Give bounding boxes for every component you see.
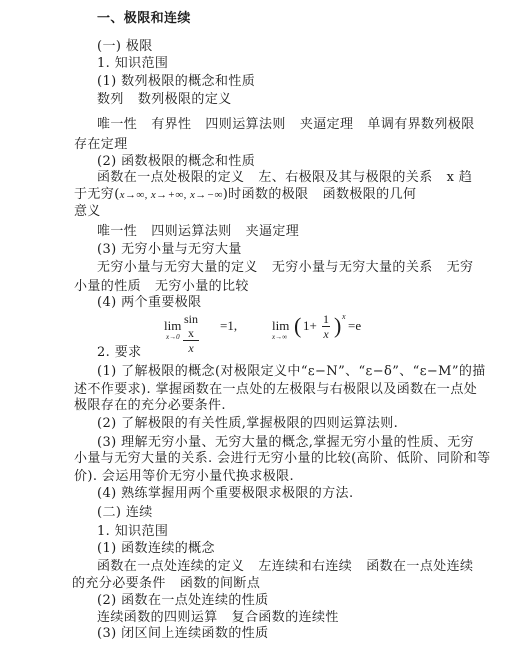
- left-paren: (: [294, 313, 301, 339]
- topic: 小量的性质: [74, 279, 141, 294]
- topic: 复合函数的连续性: [232, 610, 339, 625]
- text: )时函数的极限: [223, 187, 309, 202]
- text: 于无穷(: [74, 187, 120, 202]
- fraction: sin x x: [183, 312, 199, 355]
- topic: 数列极限的定义: [138, 92, 232, 107]
- requirement-4: (4) 熟练掌握用两个重要极限求极限的方法.: [97, 486, 353, 502]
- knowledge-scope-heading-2: 1. 知识范围: [97, 524, 168, 540]
- infinitesimal-line1: 无穷小量与无穷大量的定义无穷小量与无穷大量的关系无穷: [97, 260, 473, 276]
- requirement-2: (2) 了解极限的有关性质,掌握极限的四则运算法则.: [97, 416, 398, 432]
- result: =e: [348, 318, 361, 334]
- base-one: 1+: [303, 318, 317, 334]
- function-limit-line3: 意义: [74, 204, 101, 220]
- requirement-3-line2: 小量与无穷大量的关系. 会进行无穷小量的比较(高阶、低阶、同阶和等: [74, 451, 491, 467]
- lim-symbol: lim: [164, 318, 181, 334]
- topic: 函数在一点处连续: [366, 559, 473, 574]
- item-heading-continuity-properties: (2) 函数在一点处连续的性质: [97, 593, 269, 609]
- topic: 夹逼定理: [300, 117, 354, 132]
- topic: 数列: [97, 92, 124, 107]
- topic: 无穷: [447, 260, 474, 275]
- topic: 四则运算法则: [205, 117, 285, 132]
- properties-line: 唯一性有界性四则运算法则夹逼定理单调有界数列极限: [97, 117, 475, 133]
- properties-line-continued: 存在定理: [74, 137, 128, 153]
- requirements-heading: 2. 要求: [97, 345, 142, 361]
- numerator: sin x: [183, 312, 199, 341]
- topic: 无穷小量的比较: [155, 279, 249, 294]
- continuity-properties-line: 连续函数的四则运算复合函数的连续性: [97, 610, 339, 626]
- requirement-3-line3: 价). 会运用等价无穷小量代换求极限.: [74, 469, 294, 485]
- infinitesimal-line2: 小量的性质无穷小量的比较: [74, 279, 249, 295]
- topic: 的充分必要条件: [72, 576, 166, 591]
- fraction: 1 x: [322, 312, 330, 341]
- numerator: 1: [322, 312, 330, 327]
- continuity-line2: 的充分必要条件函数的间断点: [72, 576, 260, 592]
- topic: 函数的间断点: [180, 576, 260, 591]
- math-expression: x→∞, x→+∞, x→−∞: [120, 189, 223, 201]
- topic: 四则运算法则: [151, 224, 231, 239]
- denominator: x: [322, 327, 330, 341]
- requirement-1-line1: (1) 了解极限的概念(对极限定义中“ε−N”、“ε−δ”、“ε−M”的描: [97, 364, 486, 380]
- topic: 唯一性: [97, 117, 137, 132]
- exponent: x: [342, 312, 346, 321]
- item-heading-closed-interval: (3) 闭区间上连续函数的性质: [97, 626, 269, 642]
- topic: 有界性: [151, 117, 191, 132]
- result: =1,: [220, 318, 237, 334]
- topic: 左、右极限及其与极限的关系: [258, 170, 432, 185]
- chapter-title: 一、极限和连续: [97, 11, 191, 27]
- topic: 函数在一点处连续的定义: [97, 559, 244, 574]
- topic: 连续函数的四则运算: [97, 610, 218, 625]
- topic: 单调有界数列极限: [367, 117, 474, 132]
- topic: 函数在一点处极限的定义: [97, 170, 244, 185]
- denominator: x: [183, 341, 199, 355]
- item-heading-infinitesimal: (3) 无穷小量与无穷大量: [97, 242, 242, 258]
- function-limit-line2: 于无穷(x→∞, x→+∞, x→−∞)时函数的极限函数极限的几何: [74, 187, 416, 203]
- knowledge-scope-heading: 1. 知识范围: [97, 56, 168, 72]
- requirement-1-line2: 述不作要求). 掌握函数在一点处的左极限与右极限以及函数在一点处: [74, 382, 477, 398]
- item-heading-function-limit: (2) 函数极限的概念和性质: [97, 154, 255, 170]
- continuity-line1: 函数在一点处连续的定义左连续和右连续函数在一点处连续: [97, 559, 473, 575]
- function-limit-line1: 函数在一点处极限的定义左、右极限及其与极限的关系x 趋: [97, 170, 472, 186]
- lim-symbol: lim: [272, 318, 289, 334]
- item-heading-continuity-concept: (1) 函数连续的概念: [97, 541, 215, 557]
- topic: 无穷小量与无穷大量的关系: [272, 260, 433, 275]
- requirement-3-line1: (3) 理解无穷小量、无穷大量的概念,掌握无穷小量的性质、无穷: [97, 435, 474, 451]
- item-heading-important-limits: (4) 两个重要极限: [97, 295, 202, 311]
- document-page: 一、极限和连续 (一) 极限 1. 知识范围 (1) 数列极限的概念和性质 数列…: [0, 0, 532, 647]
- section-heading-continuity: (二) 连续: [97, 505, 153, 521]
- topic: 函数极限的几何: [323, 187, 417, 202]
- topic: x 趋: [447, 170, 473, 185]
- topics-line: 数列数列极限的定义: [97, 92, 232, 108]
- topic: 无穷小量与无穷大量的定义: [97, 260, 258, 275]
- lim-subscript: x→0: [166, 333, 180, 341]
- topic: 左连续和右连续: [258, 559, 352, 574]
- requirement-1-line3: 极限存在的充分必要条件.: [74, 398, 226, 414]
- item-heading-sequence-limit: (1) 数列极限的概念和性质: [97, 74, 255, 90]
- topic: 夹逼定理: [246, 224, 300, 239]
- topic: 唯一性: [97, 224, 137, 239]
- function-limit-properties: 唯一性四则运算法则夹逼定理: [97, 224, 299, 240]
- lim-subscript: x→∞: [272, 333, 287, 341]
- right-paren: ): [334, 313, 341, 339]
- section-heading-limits: (一) 极限: [97, 39, 153, 55]
